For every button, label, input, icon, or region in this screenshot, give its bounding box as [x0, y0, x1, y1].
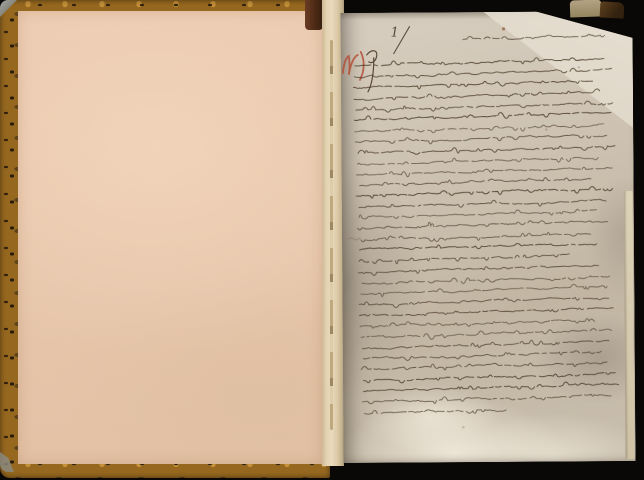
repair-tab-dark: [600, 1, 625, 18]
worn-corner-top-left: [0, 0, 17, 17]
handwritten-text-block: [336, 8, 640, 466]
spine-notch: [305, 0, 323, 30]
gutter-stubs: [322, 0, 344, 466]
worn-corner-bottom-left: [0, 452, 14, 472]
binding-thread: [330, 40, 333, 430]
left-blank-endpaper: [18, 11, 322, 464]
book-scan: 1: [0, 0, 644, 480]
manuscript-page: 1: [340, 11, 635, 463]
repair-tab-light: [570, 0, 603, 18]
folio-number: 1: [391, 26, 399, 41]
